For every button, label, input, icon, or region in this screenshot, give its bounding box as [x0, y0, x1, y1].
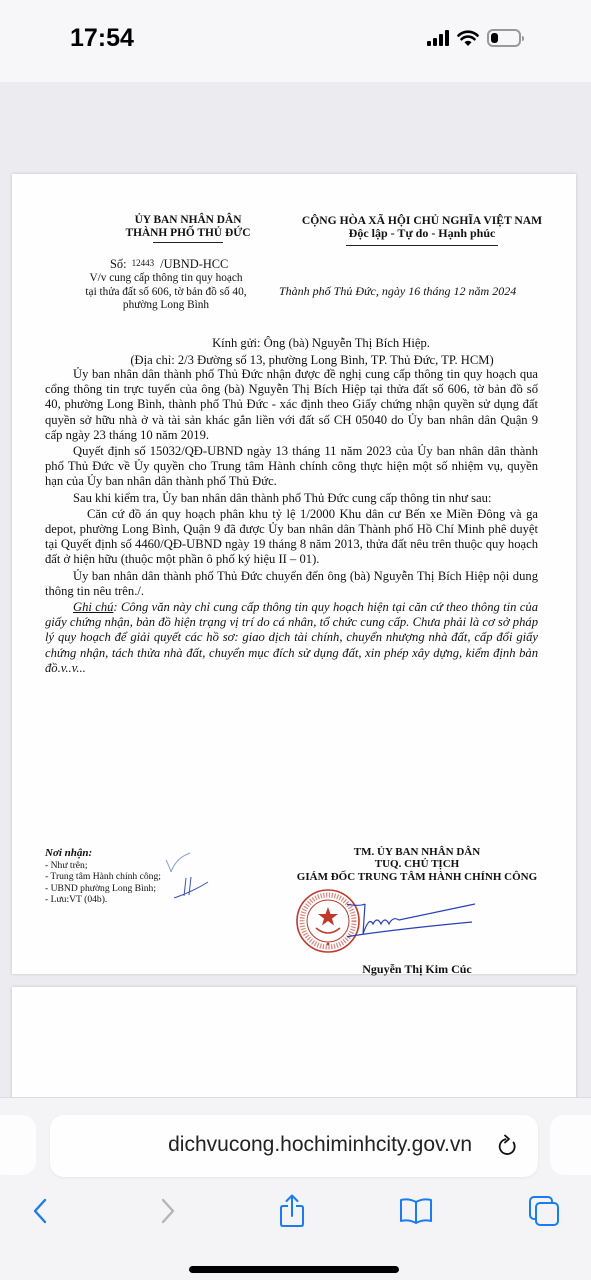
initial-mark-icon [162, 850, 192, 874]
number-label: Số: [110, 257, 127, 271]
status-icons [427, 29, 521, 47]
recipient: Kính gửi: Ông (bà) Nguyễn Thị Bích Hiệp. [72, 336, 552, 351]
forward-icon [158, 1197, 178, 1225]
initial-mark-icon [172, 874, 212, 900]
address-bar[interactable]: dichvucong.hochiminhcity.gov.vn [50, 1115, 538, 1177]
number-value: 12443 [130, 258, 161, 268]
share-icon [279, 1194, 305, 1228]
sign-line2: TUQ. CHỦ TỊCH [277, 858, 557, 870]
paragraph: Ủy ban nhân dân thành phố Thủ Đức chuyển… [45, 569, 538, 599]
url-text[interactable]: dichvucong.hochiminhcity.gov.vn [50, 1133, 478, 1157]
battery-icon [487, 29, 521, 47]
tabs-icon [528, 1195, 560, 1227]
share-button[interactable] [274, 1193, 310, 1229]
status-bar: 17:54 [0, 0, 591, 82]
document-date: Thành phố Thủ Đức, ngày 16 tháng 12 năm … [279, 284, 516, 299]
document-subject: V/v cung cấp thông tin quy hoạch tại thử… [84, 272, 248, 313]
forward-button[interactable] [150, 1193, 186, 1229]
distribution-list: Nơi nhận: - Như trên; - Trung tâm Hành c… [45, 848, 161, 906]
divider [346, 245, 498, 246]
authority-line2: THÀNH PHỐ THỦ ĐỨC [88, 227, 288, 240]
distribution-item: - Như trên; [45, 860, 161, 872]
note-text: : Công văn này chỉ cung cấp thông tin qu… [45, 600, 538, 675]
recipient-block: Kính gửi: Ông (bà) Nguyễn Thị Bích Hiệp.… [72, 336, 552, 368]
letter-body: Ủy ban nhân dân thành phố Thủ Đức nhận đ… [45, 367, 538, 677]
document-viewer[interactable]: ỦY BAN NHÂN DÂN THÀNH PHỐ THỦ ĐỨC CỘNG H… [0, 82, 591, 1097]
sign-line1: TM. ỦY BAN NHÂN DÂN [277, 846, 557, 858]
signer-name: Nguyễn Thị Kim Cúc [277, 962, 557, 977]
note-label: Ghi chú [73, 600, 113, 614]
official-letter: ỦY BAN NHÂN DÂN THÀNH PHỐ THỦ ĐỨC CỘNG H… [12, 174, 576, 974]
browser-toolbar [0, 1193, 591, 1233]
distribution-item: - Lưu:VT (04b). [45, 894, 161, 906]
bookmarks-icon [399, 1197, 433, 1225]
browser-bottom-bar: dichvucong.hochiminhcity.gov.vn [0, 1097, 591, 1280]
note-paragraph: Ghi chú: Công văn này chỉ cung cấp thông… [45, 600, 538, 676]
divider [153, 242, 223, 243]
paragraph: Căn cứ đồ án quy hoạch phân khu tỷ lệ 1/… [45, 507, 538, 568]
national-title: CỘNG HÒA XÃ HỘI CHỦ NGHĨA VIỆT NAM Độc l… [282, 214, 562, 246]
battery-level [491, 33, 498, 43]
paragraph: Quyết định số 15032/QĐ-UBND ngày 13 thán… [45, 444, 538, 490]
wifi-icon [457, 30, 479, 47]
document-page-1: ỦY BAN NHÂN DÂN THÀNH PHỐ THỦ ĐỨC CỘNG H… [12, 174, 576, 974]
signature-icon [347, 894, 477, 942]
authority-line1: ỦY BAN NHÂN DÂN [88, 214, 288, 227]
cellular-signal-icon [427, 30, 449, 46]
reload-icon[interactable] [496, 1134, 520, 1158]
signature-block: TM. ỦY BAN NHÂN DÂN TUQ. CHỦ TỊCH GIÁM Đ… [277, 846, 557, 883]
distribution-item: - Trung tâm Hành chính công; [45, 871, 161, 883]
distribution-item: - UBND phường Long Bình; [45, 883, 161, 895]
bookmarks-button[interactable] [398, 1193, 434, 1229]
number-suffix: /UBND-HCC [160, 257, 228, 271]
sign-line3: GIÁM ĐỐC TRUNG TÂM HÀNH CHÍNH CÔNG [277, 871, 557, 883]
home-indicator[interactable] [189, 1266, 399, 1273]
document-number: Số: 12443/UBND-HCC [110, 256, 228, 272]
distribution-title: Nơi nhận: [45, 848, 161, 860]
back-icon [30, 1197, 50, 1225]
paragraph: Ủy ban nhân dân thành phố Thủ Đức nhận đ… [45, 367, 538, 443]
national-title-line: CỘNG HÒA XÃ HỘI CHỦ NGHĨA VIỆT NAM [282, 214, 562, 227]
previous-tab-preview[interactable] [0, 1115, 36, 1175]
tabs-button[interactable] [526, 1193, 562, 1229]
national-motto: Độc lập - Tự do - Hạnh phúc [282, 227, 562, 240]
back-button[interactable] [22, 1193, 58, 1229]
issuing-authority: ỦY BAN NHÂN DÂN THÀNH PHỐ THỦ ĐỨC [88, 214, 288, 243]
status-time: 17:54 [70, 24, 134, 53]
paragraph: Sau khi kiểm tra, Ủy ban nhân dân thành … [45, 491, 538, 506]
next-tab-preview[interactable] [550, 1115, 591, 1175]
